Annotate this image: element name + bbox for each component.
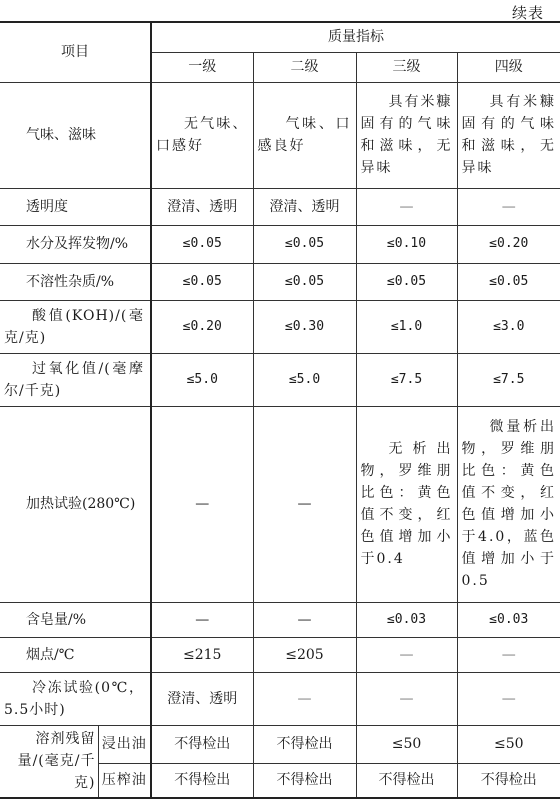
cell-grade-2: 不得检出 [253,763,356,798]
cell-grade-2: ≤0.05 [253,263,356,300]
table-row-transparency: 透明度 澄清、透明 澄清、透明 — — [0,188,560,225]
cell-grade-1: 澄清、透明 [151,672,253,725]
cell-grade-4: 微量析出物，罗维朋比色：黄色值不变，红色值增加小于4.0，蓝色值增加小于0.5 [457,406,560,602]
row-label: 含皂量/% [0,602,151,637]
table-caption: 续表 [512,2,544,23]
header-grade-1: 一级 [151,52,253,82]
table-row-peroxide-value: 过氧化值/(毫摩尔/千克) ≤5.0 ≤5.0 ≤7.5 ≤7.5 [0,353,560,406]
cell-grade-3: 具有米糠固有的气味和滋味，无异味 [356,82,457,188]
cell-grade-1: ≤0.05 [151,225,253,263]
cell-grade-1: 无气味、口感好 [151,82,253,188]
cell-grade-1: ≤0.20 [151,300,253,353]
row-label: 加热试验(280℃) [0,406,151,602]
cell-grade-1: ≤5.0 [151,353,253,406]
table-row-insoluble-impurities: 不溶性杂质/% ≤0.05 ≤0.05 ≤0.05 ≤0.05 [0,263,560,300]
cell-grade-1: 不得检出 [151,763,253,798]
table-row-odor-taste: 气味、滋味 无气味、口感好 气味、口感良好 具有米糠固有的气味和滋味，无异味 具… [0,82,560,188]
table-row-solvent-leached: 溶剂残留量/(毫克/千克) 浸出油 不得检出 不得检出 ≤50 ≤50 [0,725,560,763]
header-grade-4: 四级 [457,52,560,82]
cell-grade-1: — [151,602,253,637]
cell-grade-2: 气味、口感良好 [253,82,356,188]
table-row-smoke-point: 烟点/℃ ≤215 ≤205 — — [0,637,560,672]
cell-grade-3: ≤7.5 [356,353,457,406]
cell-grade-2: ≤0.05 [253,225,356,263]
table-row-heating-test: 加热试验(280℃) — — 无析出物，罗维朋比色：黄色值不变，红色值增加小于0… [0,406,560,602]
cell-grade-4: ≤0.05 [457,263,560,300]
cell-grade-4: ≤7.5 [457,353,560,406]
cell-grade-4: ≤0.03 [457,602,560,637]
cell-grade-1: 澄清、透明 [151,188,253,225]
header-grade-2: 二级 [253,52,356,82]
cell-grade-1: 不得检出 [151,725,253,763]
row-label: 不溶性杂质/% [0,263,151,300]
cell-grade-4: 不得检出 [457,763,560,798]
cell-grade-3: ≤0.03 [356,602,457,637]
sub-row-label: 压榨油 [98,763,151,798]
row-label: 酸值(KOH)/(毫克/克) [0,300,151,353]
cell-grade-3: — [356,672,457,725]
header-quality-index: 质量指标 [151,22,560,52]
cell-grade-2: — [253,406,356,602]
cell-grade-2: — [253,602,356,637]
cell-grade-4: — [457,672,560,725]
cell-grade-4: 具有米糠固有的气味和滋味，无异味 [457,82,560,188]
cell-grade-2: 不得检出 [253,725,356,763]
cell-grade-3: — [356,188,457,225]
quality-spec-table: 项目 质量指标 一级 二级 三级 四级 气味、滋味 无气味、口感好 气味、口感良… [0,21,560,799]
solvent-residue-label: 溶剂残留量/(毫克/千克) [0,725,98,798]
sub-row-label: 浸出油 [98,725,151,763]
table-row-acid-value: 酸值(KOH)/(毫克/克) ≤0.20 ≤0.30 ≤1.0 ≤3.0 [0,300,560,353]
cell-grade-4: ≤50 [457,725,560,763]
table-row-soap-content: 含皂量/% — — ≤0.03 ≤0.03 [0,602,560,637]
cell-grade-1: ≤215 [151,637,253,672]
cell-grade-2: 澄清、透明 [253,188,356,225]
cell-grade-3: ≤50 [356,725,457,763]
header-grade-3: 三级 [356,52,457,82]
table-row-cold-test: 冷冻试验(0℃，5.5小时) 澄清、透明 — — — [0,672,560,725]
cell-grade-3: ≤0.05 [356,263,457,300]
cell-grade-2: ≤0.30 [253,300,356,353]
cell-grade-4: — [457,637,560,672]
table-row-moisture: 水分及挥发物/% ≤0.05 ≤0.05 ≤0.10 ≤0.20 [0,225,560,263]
cell-grade-3: 不得检出 [356,763,457,798]
cell-grade-2: — [253,672,356,725]
header-item: 项目 [0,22,151,82]
cell-grade-1: ≤0.05 [151,263,253,300]
cell-grade-3: — [356,637,457,672]
row-label: 水分及挥发物/% [0,225,151,263]
row-label: 透明度 [0,188,151,225]
cell-grade-3: 无析出物，罗维朋比色：黄色值不变，红色值增加小于0.4 [356,406,457,602]
cell-grade-2: ≤205 [253,637,356,672]
row-label: 冷冻试验(0℃，5.5小时) [0,672,151,725]
row-label: 气味、滋味 [0,82,151,188]
cell-grade-2: ≤5.0 [253,353,356,406]
cell-grade-4: — [457,188,560,225]
row-label: 过氧化值/(毫摩尔/千克) [0,353,151,406]
cell-grade-4: ≤0.20 [457,225,560,263]
cell-grade-1: — [151,406,253,602]
row-label: 烟点/℃ [0,637,151,672]
cell-grade-3: ≤0.10 [356,225,457,263]
cell-grade-4: ≤3.0 [457,300,560,353]
cell-grade-3: ≤1.0 [356,300,457,353]
header-row-group: 项目 质量指标 [0,22,560,52]
